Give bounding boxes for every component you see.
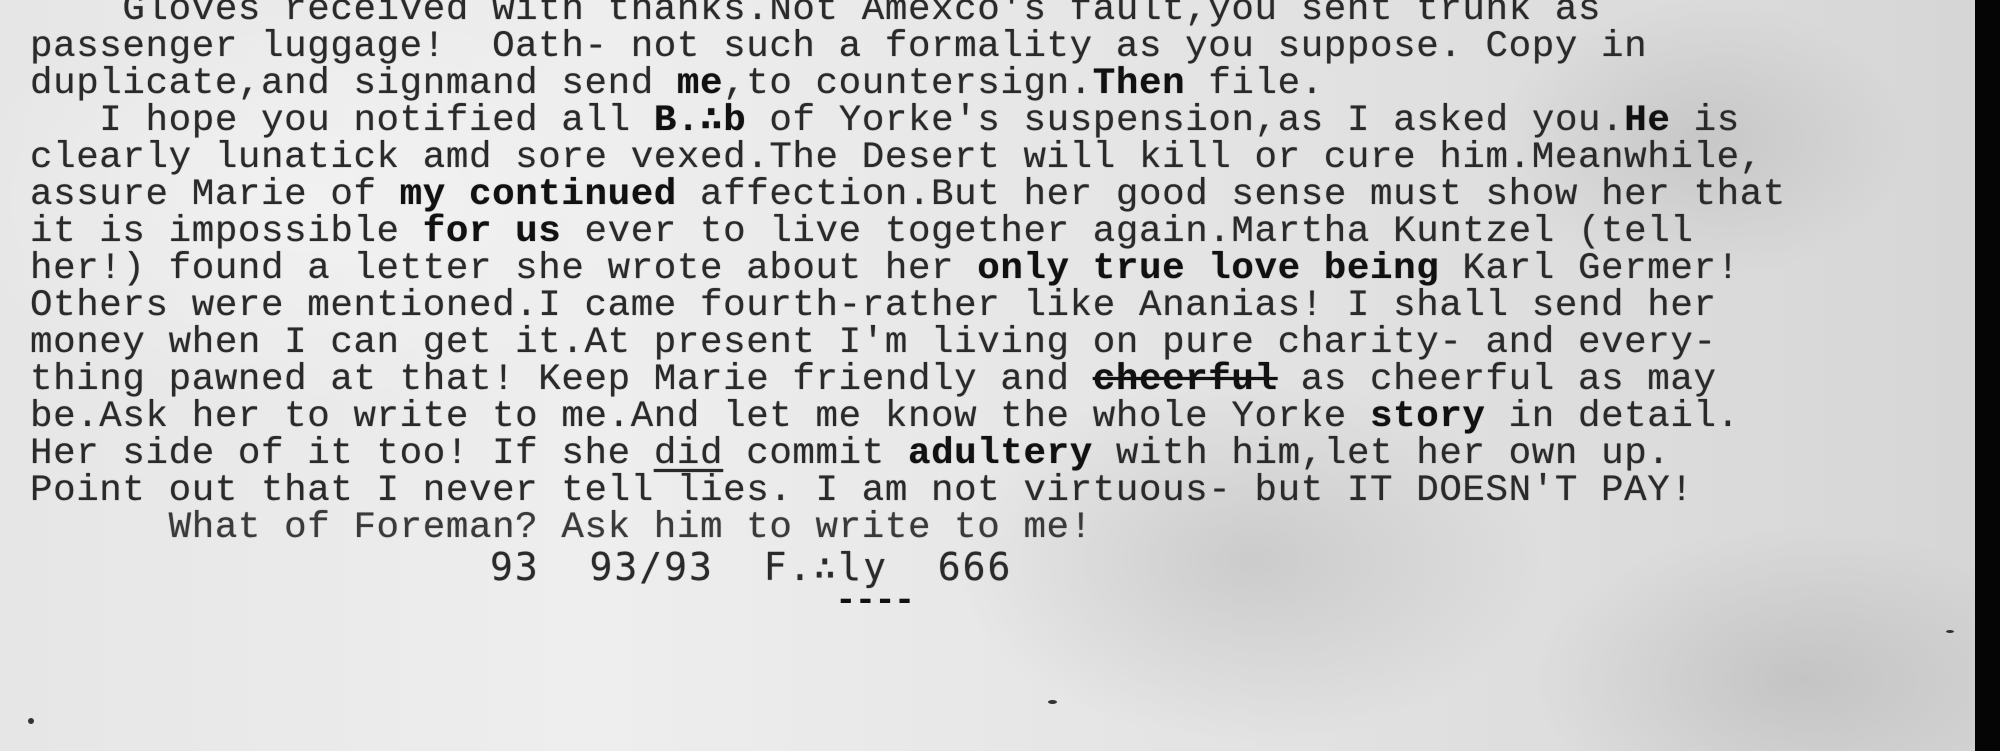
text-line-4: I hope you notified all B.∴b of Yorke's … xyxy=(30,101,1740,141)
emphasized-word: story xyxy=(1370,396,1486,438)
text-segment: her!) found a letter she wrote about her xyxy=(30,248,977,290)
text-segment: of Yorke's suspension,as I asked you. xyxy=(746,100,1624,142)
ink-speck xyxy=(1048,700,1057,704)
text-segment: Karl Germer! xyxy=(1439,248,1739,290)
closing-numbers: 93 93/93 F.∴ly 666 xyxy=(490,547,1012,587)
text-segment: I hope you notified all xyxy=(30,100,654,142)
text-segment: file. xyxy=(1185,63,1324,105)
text-line-3: duplicate,and signmand send me,to counte… xyxy=(30,64,1324,104)
text-segment: ,to countersign. xyxy=(723,63,1093,105)
text-line-6: assure Marie of my continued affection.B… xyxy=(30,175,1786,215)
ink-speck xyxy=(1946,630,1954,633)
closing-divider: ---- xyxy=(835,580,913,621)
text-segment: ever to live together again.Martha Kuntz… xyxy=(561,211,1693,253)
text-segment: Her side of it too! If she xyxy=(30,433,654,475)
text-segment: duplicate,and signmand send xyxy=(30,63,677,105)
text-segment: be.Ask her to write to me.And let me kno… xyxy=(30,396,1370,438)
emphasized-phrase: only true love being xyxy=(977,248,1439,290)
underlined-word: did xyxy=(654,433,723,475)
overtyped-word: my continued xyxy=(400,174,677,216)
text-line-12: be.Ask her to write to me.And let me kno… xyxy=(30,397,1740,437)
struck-out-word: cheerful xyxy=(1093,359,1278,401)
text-line-15: What of Foreman? Ask him to write to me! xyxy=(30,508,1093,548)
text-segment: commit xyxy=(723,433,908,475)
text-line-14: Point out that I never tell lies. I am n… xyxy=(30,471,1693,511)
text-line-8: her!) found a letter she wrote about her… xyxy=(30,249,1740,289)
ink-speck xyxy=(28,718,34,724)
text-line-9: Others were mentioned.I came fourth-rath… xyxy=(30,286,1717,326)
text-line-10: money when I can get it.At present I'm l… xyxy=(30,323,1717,363)
overtyped-word: me xyxy=(677,63,723,105)
text-segment: is xyxy=(1670,100,1739,142)
text-line-13: Her side of it too! If she did commit ad… xyxy=(30,434,1670,474)
text-segment: with him,let her own up. xyxy=(1093,433,1671,475)
text-segment: thing pawned at that! Keep Marie friendl… xyxy=(30,359,1093,401)
text-segment: it is impossible xyxy=(30,211,423,253)
text-segment: affection.But her good sense must show h… xyxy=(677,174,1786,216)
paper-page: Gloves received with thanks.Not Amexco's… xyxy=(0,0,1975,751)
emphasized-word: adultery xyxy=(908,433,1093,475)
text-line-2: passenger luggage! Oath- not such a form… xyxy=(30,27,1647,67)
overtyped-word: for us xyxy=(423,211,562,253)
overtyped-word: He xyxy=(1624,100,1670,142)
abbreviation: B.∴b xyxy=(654,100,747,142)
text-segment: in detail. xyxy=(1486,396,1740,438)
text-segment: as cheerful as may xyxy=(1278,359,1717,401)
text-line-11: thing pawned at that! Keep Marie friendl… xyxy=(30,360,1717,400)
text-line-5: clearly lunatick amd sore vexed.The Dese… xyxy=(30,138,1763,178)
text-line-7: it is impossible for us ever to live tog… xyxy=(30,212,1693,252)
overtyped-word: Then xyxy=(1093,63,1185,105)
text-segment: assure Marie of xyxy=(30,174,400,216)
scan-edge-border xyxy=(1975,0,2000,751)
